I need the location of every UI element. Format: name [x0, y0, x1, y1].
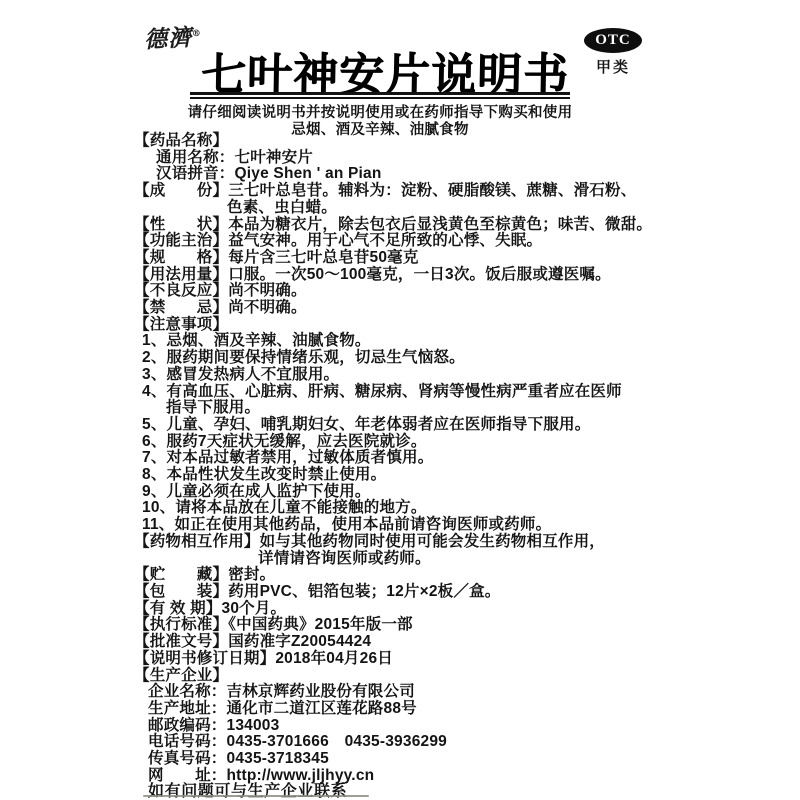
section-line: 【批准文号】国药准字Z20054424 [134, 634, 694, 651]
line-text: 三七叶总皂苷。辅料为：淀粉、硬脂酸镁、蔗糖、滑石粉、 [228, 182, 636, 199]
section-line: 【功能主治】益气安神。用于心气不足所致的心悸、失眠。 [134, 233, 694, 250]
line-text: 2018年04月26日 [275, 650, 393, 667]
text-line: 色素、虫白蜡。 [227, 200, 694, 217]
line-text: 2、服药期间要保持情绪乐观，切忌生气恼怒。 [142, 349, 465, 366]
line-text: 详情请咨询医师或药师。 [258, 550, 431, 567]
line-text: 11、如正在使用其他药品，使用本品前请咨询医师或药师。 [142, 516, 551, 533]
line-text: 3、感冒发热病人不宜服用。 [142, 366, 339, 383]
line-text: 药用PVC、铝箔包装；12片×2板／盒。 [228, 583, 500, 600]
line-text: 6、服药7天症状无缓解，应去医院就诊。 [142, 433, 427, 450]
line-text: 1、忌烟、酒及辛辣、油腻食物。 [142, 332, 371, 349]
text-line: 9、儿童必须在成人监护下使用。 [142, 484, 694, 501]
line-text: 传真号码：0435-3718345 [148, 750, 329, 767]
text-line: 如有问题可与生产企业联系 [148, 784, 694, 800]
section-label: 【成 份】 [134, 182, 228, 199]
section-line: 【不良反应】尚不明确。 [134, 283, 694, 300]
otc-badge-label: OTC [595, 32, 631, 49]
line-text: 《中国药典》2015年版一部 [228, 616, 413, 633]
line-text: 生产地址：通化市二道江区莲花路88号 [148, 700, 417, 717]
divider-thin-rule [190, 97, 570, 99]
section-line: 【用法用量】口服。一次50～100毫克，一日3次。饭后服或遵医嘱。 [134, 267, 694, 284]
section-label: 【禁 忌】 [134, 299, 228, 316]
line-text: 指导下服用。 [166, 399, 260, 416]
line-text: 尚不明确。 [228, 282, 307, 299]
text-line: 生产地址：通化市二道江区莲花路88号 [148, 701, 694, 718]
line-text: 密封。 [228, 566, 275, 583]
text-line: 邮政编码：134003 [148, 718, 694, 735]
text-line: 5、儿童、孕妇、哺乳期妇女、年老体弱者应在医师指导下服用。 [142, 417, 694, 434]
text-line: 8、本品性状发生改变时禁止使用。 [142, 467, 694, 484]
text-line: 7、对本品过敏者禁用，过敏体质者慎用。 [142, 450, 694, 467]
line-text: 10、请将本品放在儿童不能接触的地方。 [142, 499, 427, 516]
text-line: 10、请将本品放在儿童不能接触的地方。 [142, 500, 694, 517]
brand-logo-text: 德濟 [143, 24, 192, 53]
section-line: 【规 格】每片含三七叶总皂苷50毫克 [134, 250, 694, 267]
text-line: 通用名称：七叶神安片 [156, 150, 694, 167]
line-text: 网 址：http://www.jljhyy.cn [148, 767, 374, 784]
line-text: 30个月。 [222, 600, 287, 617]
text-line: 4、有高血压、心脏病、肝病、糖尿病、肾病等慢性病严重者应在医师 [142, 384, 694, 401]
text-line: 11、如正在使用其他药品，使用本品前请咨询医师或药师。 [142, 517, 694, 534]
text-line: 企业名称：吉林京辉药业股份有限公司 [148, 684, 694, 701]
section-label: 【有 效 期】 [134, 600, 222, 617]
line-text: 口服。一次50～100毫克，一日3次。饭后服或遵医嘱。 [228, 266, 611, 283]
line-text: 4、有高血压、心脏病、肝病、糖尿病、肾病等慢性病严重者应在医师 [142, 383, 622, 400]
title-divider [190, 92, 570, 99]
section-label: 【生产企业】 [134, 667, 228, 684]
section-line: 【说明书修订日期】2018年04月26日 [134, 651, 694, 668]
line-text: 如与其他药物同时使用可能会发生药物相互作用， [260, 533, 605, 550]
line-text: 益气安神。用于心气不足所致的心悸、失眠。 [228, 232, 542, 249]
text-line: 传真号码：0435-3718345 [148, 751, 694, 768]
line-text: 如有问题可与生产企业联系 [148, 783, 347, 800]
section-line: 【药品名称】 [134, 133, 694, 150]
text-line: 3、感冒发热病人不宜服用。 [142, 367, 694, 384]
line-text: 企业名称：吉林京辉药业股份有限公司 [148, 683, 415, 700]
text-line: 电话号码：0435-3701666 0435-3936299 [148, 734, 694, 751]
section-label: 【注意事项】 [134, 316, 228, 333]
line-text: 电话号码：0435-3701666 0435-3936299 [148, 733, 447, 750]
section-label: 【不良反应】 [134, 282, 228, 299]
text-line: 指导下服用。 [166, 400, 694, 417]
brand-logo: 德濟® [143, 19, 203, 55]
line-text: 邮政编码：134003 [148, 717, 279, 734]
line-text: 色素、虫白蜡。 [227, 199, 337, 216]
line-text: 9、儿童必须在成人监护下使用。 [142, 483, 371, 500]
line-text: 本品为糖衣片，除去包衣后显浅黄色至棕黄色；味苦、微甜。 [228, 216, 652, 233]
leaflet-body: 【药品名称】通用名称：七叶神安片汉语拼音：Qiye Shen ' an Pian… [134, 133, 694, 800]
section-line: 【执行标准】《中国药典》2015年版一部 [134, 617, 694, 634]
text-line: 网 址：http://www.jljhyy.cn [148, 768, 694, 785]
divider-thick-rule [190, 92, 570, 95]
section-label: 【功能主治】 [134, 232, 228, 249]
section-line: 【贮 藏】密封。 [134, 567, 694, 584]
section-label: 【药品名称】 [134, 132, 228, 149]
section-label: 【规 格】 [134, 249, 228, 266]
line-text: 国药准字Z20054424 [228, 633, 371, 650]
drug-leaflet-page: 德濟® 七叶神安片说明书 OTC 甲类 请仔细阅读说明书并按说明使用或在药师指导… [0, 0, 800, 800]
otc-category-label: 甲类 [582, 56, 644, 77]
section-line: 【性 状】本品为糖衣片，除去包衣后显浅黄色至棕黄色；味苦、微甜。 [134, 217, 694, 234]
line-text: 8、本品性状发生改变时禁止使用。 [142, 466, 386, 483]
section-label: 【用法用量】 [134, 266, 228, 283]
text-line: 详情请咨询医师或药师。 [258, 551, 694, 568]
section-line: 【有 效 期】30个月。 [134, 601, 694, 618]
section-label: 【贮 藏】 [134, 566, 228, 583]
section-label: 【执行标准】 [134, 616, 228, 633]
section-line: 【包 装】药用PVC、铝箔包装；12片×2板／盒。 [134, 584, 694, 601]
section-line: 【生产企业】 [134, 668, 694, 685]
section-line: 【药物相互作用】如与其他药物同时使用可能会发生药物相互作用， [134, 534, 694, 551]
text-line: 2、服药期间要保持情绪乐观，切忌生气恼怒。 [142, 350, 694, 367]
line-text: 每片含三七叶总皂苷50毫克 [228, 249, 418, 266]
text-line: 1、忌烟、酒及辛辣、油腻食物。 [142, 333, 694, 350]
line-text: 汉语拼音：Qiye Shen ' an Pian [156, 165, 382, 182]
section-label: 【药物相互作用】 [134, 533, 260, 550]
section-label: 【性 状】 [134, 216, 228, 233]
otc-badge: OTC [584, 28, 642, 53]
line-text: 尚不明确。 [228, 299, 307, 316]
section-line: 【注意事项】 [134, 317, 694, 334]
section-line: 【成 份】三七叶总皂苷。辅料为：淀粉、硬脂酸镁、蔗糖、滑石粉、 [134, 183, 694, 200]
line-text: 7、对本品过敏者禁用，过敏体质者慎用。 [142, 449, 433, 466]
text-line: 汉语拼音：Qiye Shen ' an Pian [156, 166, 694, 183]
section-label: 【批准文号】 [134, 633, 228, 650]
section-label: 【包 装】 [134, 583, 228, 600]
text-line: 6、服药7天症状无缓解，应去医院就诊。 [142, 434, 694, 451]
line-text: 5、儿童、孕妇、哺乳期妇女、年老体弱者应在医师指导下服用。 [142, 416, 590, 433]
bottom-fold-line [143, 795, 369, 797]
section-label: 【说明书修订日期】 [134, 650, 275, 667]
line-text: 通用名称：七叶神安片 [156, 149, 313, 166]
section-line: 【禁 忌】尚不明确。 [134, 300, 694, 317]
